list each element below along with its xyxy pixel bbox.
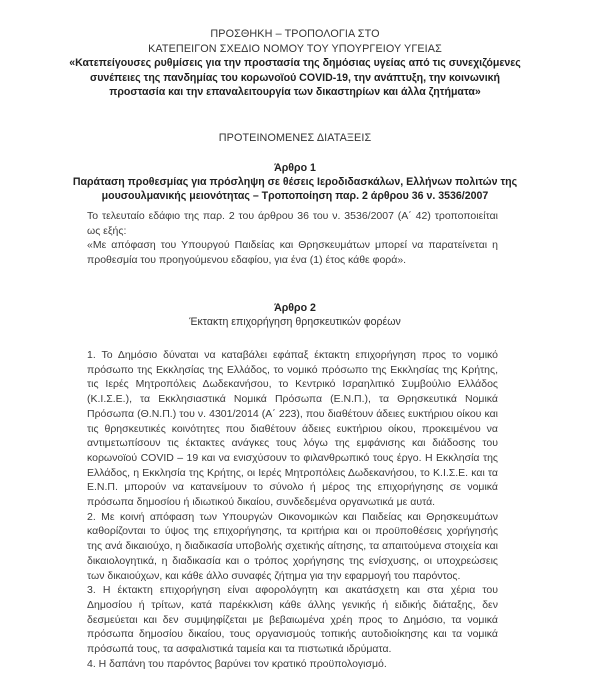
- article-2-label: Άρθρο 2: [60, 301, 530, 315]
- header-subtitle-line-1: «Κατεπείγουσες ρυθμίσεις για την προστασ…: [60, 56, 530, 70]
- article-2-paragraph-3: 3. Η έκτακτη επιχορήγηση είναι αφορολόγη…: [87, 583, 498, 657]
- header-line-2: ΚΑΤΕΠΕΙΓΟΝ ΣΧΕΔΙΟ ΝΟΜΟΥ ΤΟΥ ΥΠΟΥΡΓΕΙΟΥ Υ…: [60, 42, 530, 56]
- header-subtitle-line-3: προστασία και την επαναλειτουργία των δι…: [60, 85, 530, 99]
- article-1-title-line-1: Παράταση προθεσμίας για πρόσληψη σε θέσε…: [60, 175, 530, 189]
- article-1-label: Άρθρο 1: [60, 161, 530, 175]
- article-2-paragraph-2: 2. Με κοινή απόφαση των Υπουργών Οικονομ…: [87, 510, 498, 584]
- article-2-paragraph-1: 1. Το Δημόσιο δύναται να καταβάλει εφάπα…: [87, 348, 498, 510]
- document-page: ΠΡΟΣΘΗΚΗ – ΤΡΟΠΟΛΟΓΙΑ ΣΤΟ ΚΑΤΕΠΕΙΓΟΝ ΣΧΕ…: [0, 0, 589, 697]
- article-1-paragraph-1: Το τελευταίο εδάφιο της παρ. 2 του άρθρο…: [87, 209, 498, 238]
- article-2-paragraph-4: 4. Η δαπάνη του παρόντος βαρύνει τον κρα…: [87, 657, 498, 672]
- header-subtitle-line-2: συνέπειες της πανδημίας του κορωνοϊού CO…: [60, 71, 530, 85]
- article-2-title: Έκτακτη επιχορήγηση θρησκευτικών φορέων: [60, 315, 530, 329]
- section-title: ΠΡΟΤΕΙΝΟΜΕΝΕΣ ΔΙΑΤΑΞΕΙΣ: [60, 131, 530, 145]
- article-1-paragraph-2: «Με απόφαση του Υπουργού Παιδείας και Θρ…: [87, 238, 498, 267]
- article-1-body: Το τελευταίο εδάφιο της παρ. 2 του άρθρο…: [87, 209, 498, 268]
- article-1-title-line-2: μουσουλμανικής μειονότητας – Τροποποίηση…: [60, 189, 530, 203]
- header-line-1: ΠΡΟΣΘΗΚΗ – ΤΡΟΠΟΛΟΓΙΑ ΣΤΟ: [60, 27, 530, 41]
- article-2-body: 1. Το Δημόσιο δύναται να καταβάλει εφάπα…: [87, 348, 498, 671]
